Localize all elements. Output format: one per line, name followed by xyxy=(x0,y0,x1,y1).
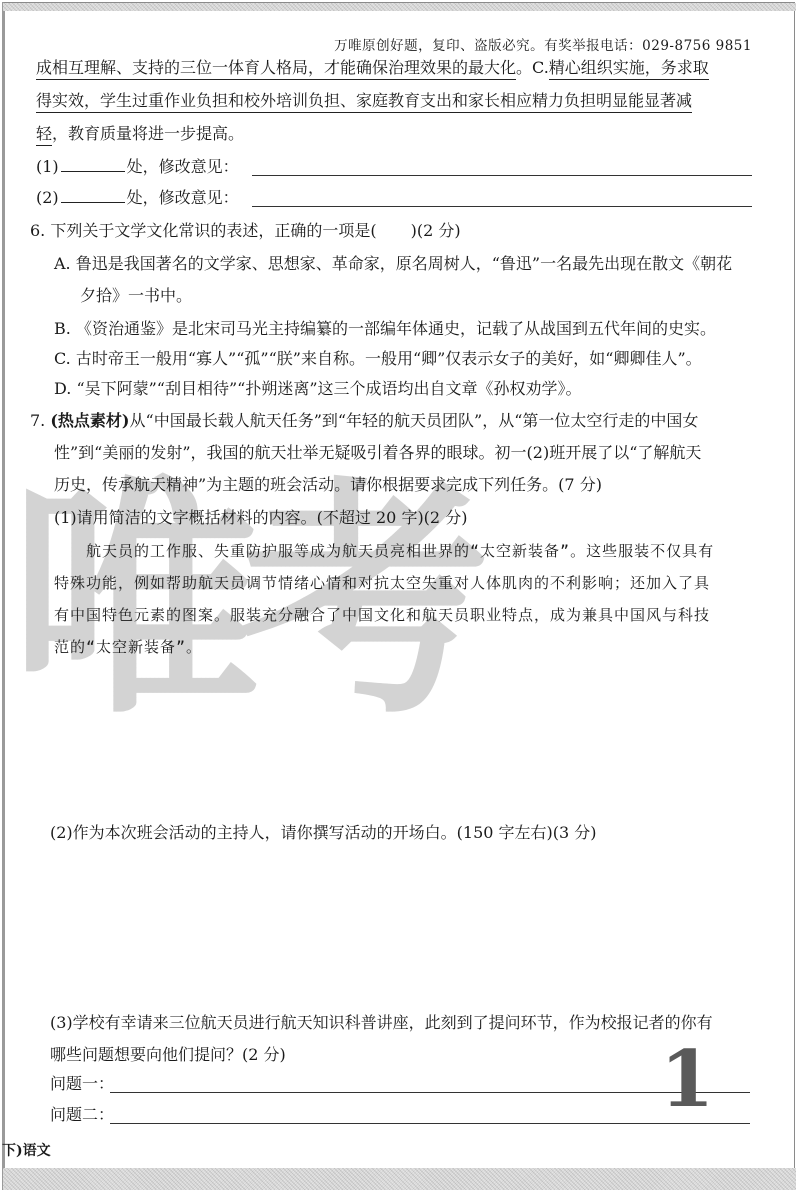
q7-sub1-prompt: (1)请用简洁的文字概括材料的内容。(不超过 20 字)(2 分) xyxy=(54,507,752,529)
q6-option-b[interactable]: B. 《资治通鉴》是北宋司马光主持编纂的一部编年体通史，记载了从战国到五代年间的… xyxy=(54,318,752,340)
option-label: B. xyxy=(54,319,71,338)
underlined-segment: 精心组织实施，务求取 xyxy=(549,58,709,80)
material-line-2: 特殊功能，例如帮助航天员调节情绪心情和对抗太空失重对人体肌肉的不利影响；还加入了… xyxy=(54,572,752,594)
question-number: 6. xyxy=(30,221,45,240)
question-two-answer-line[interactable] xyxy=(110,1123,750,1124)
q5-line-2: 得实效，学生过重作业负担和校外培训负担、家庭教育支出和家长相应精力负担明显能显著… xyxy=(36,90,752,112)
option-text: 鲁迅是我国著名的文学家、思想家、革命家，原名周树人，“鲁迅”一名最先出现在散文《… xyxy=(76,254,732,273)
scan-noise-bottom xyxy=(3,1168,796,1190)
underlined-segment: 得实效，学生过重作业负担和校外培训负担、家庭教育支出和家长相应精力负担明显能显著… xyxy=(36,91,692,113)
text-segment: 。C. xyxy=(516,58,549,77)
q7-sub3-prompt-line-1: (3)学校有幸请来三位航天员进行航天知识科普讲座，此刻到了提问环节，作为校报记者… xyxy=(50,1012,752,1034)
question-stem: 下列关于文学文化常识的表述，正确的一项是( xyxy=(50,221,376,240)
q7-stem-line-1: 7. (热点素材)从“中国最长载人航天任务”到“年轻的航天员团队”，从“第一位太… xyxy=(30,410,752,432)
option-text: 夕拾》一书中。 xyxy=(80,286,192,305)
option-label: C. xyxy=(54,349,71,368)
q7-stem-line-3: 历史，传承航天精神”为主题的班会活动。请你根据要求完成下列任务。(7 分) xyxy=(54,474,752,496)
opening-speech-answer-area[interactable] xyxy=(50,850,750,1000)
q6-option-a-cont: 夕拾》一书中。 xyxy=(80,285,752,307)
q7-stem-line-2: 性”到“美丽的发射”，我国的航天壮举无疑吸引着各界的眼球。初一(2)班开展了以“… xyxy=(54,442,752,464)
question-one-answer-line[interactable] xyxy=(110,1092,750,1093)
q7-sub2-prompt: (2)作为本次班会活动的主持人，请你撰写活动的开场白。(150 字左右)(3 分… xyxy=(50,822,752,844)
underlined-segment: 轻 xyxy=(36,124,52,146)
q6-option-a[interactable]: A. 鲁迅是我国著名的文学家、思想家、革命家，原名周树人，“鲁迅”一名最先出现在… xyxy=(54,253,752,275)
question-stem: 从“中国最长载人航天任务”到“年轻的航天员团队”，从“第一位太空行走的中国女 xyxy=(130,411,699,430)
q7-sub3-prompt-line-2: 哪些问题想要向他们提问？(2 分) xyxy=(50,1044,752,1066)
option-label: D. xyxy=(54,379,71,398)
q6-stem: 6. 下列关于文学文化常识的表述，正确的一项是()(2 分) xyxy=(30,220,752,242)
footer-subject: 下)语文 xyxy=(2,1140,51,1160)
option-text: “吴下阿蒙”“刮目相待”“扑朔迷离”这三个成语均出自文章《孙权劝学》。 xyxy=(76,379,581,398)
q6-option-c[interactable]: C. 古时帝王一般用“寡人”“孤”“朕”来自称。一般用“卿”仅表示女子的美好，如… xyxy=(54,348,752,370)
copyright-note: 万唯原创好题，复印、盗版必究。有奖举报电话：029-8756 9851 xyxy=(334,34,752,54)
material-line-1: 航天员的工作服、失重防护服等成为航天员亮相世界的“太空新装备”。这些服装不仅具有 xyxy=(86,540,752,562)
revision-answer-line-2[interactable] xyxy=(252,206,752,207)
material-line-3: 有中国特色元素的图案。服装充分融合了中国文化和航天员职业特点，成为兼具中国风与科… xyxy=(54,604,752,626)
material-line-4: 范的“太空新装备”。 xyxy=(54,636,752,658)
location-blank[interactable] xyxy=(61,202,125,203)
scan-noise-top xyxy=(3,3,796,11)
answer-label: (1) xyxy=(36,157,59,176)
location-blank[interactable] xyxy=(61,171,125,172)
text-segment: ，教育质量将进一步提高。 xyxy=(52,124,244,143)
q5-line-1: 成相互理解、支持的三位一体育人格局，才能确保治理效果的最大化。C.精心组织实施，… xyxy=(36,57,752,79)
underlined-segment: 成相互理解、支持的三位一体育人格局，才能确保治理效果的最大化 xyxy=(36,58,516,80)
question-tag: (热点素材) xyxy=(50,411,129,430)
option-text: 《资治通鉴》是北宋司马光主持编纂的一部编年体通史，记载了从战国到五代年间的史实。 xyxy=(76,319,716,338)
answer-suffix: 处，修改意见： xyxy=(127,157,239,176)
q6-option-d[interactable]: D. “吴下阿蒙”“刮目相待”“扑朔迷离”这三个成语均出自文章《孙权劝学》。 xyxy=(54,378,752,400)
page-marker-number: 1 xyxy=(660,1045,714,1115)
option-label: A. xyxy=(54,254,71,273)
answer-label: (2) xyxy=(36,188,59,207)
answer-suffix: 处，修改意见： xyxy=(127,188,239,207)
question-score: )(2 分) xyxy=(411,221,461,240)
question-number: 7. xyxy=(30,411,45,430)
option-text: 古时帝王一般用“寡人”“孤”“朕”来自称。一般用“卿”仅表示女子的美好，如“卿卿… xyxy=(76,349,702,368)
revision-answer-line-1[interactable] xyxy=(252,175,752,176)
q5-line-3: 轻，教育质量将进一步提高。 xyxy=(36,123,752,145)
